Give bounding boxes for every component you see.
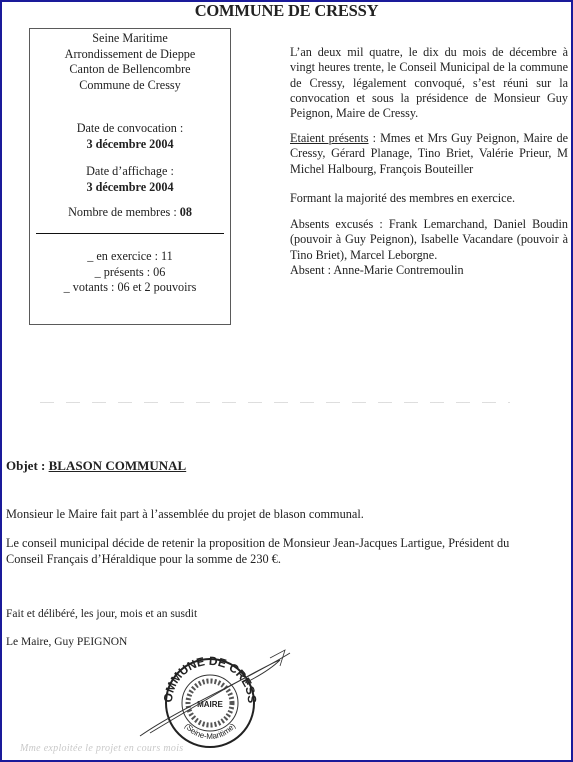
affichage-label: Date d’affichage : [30, 164, 230, 180]
info-line-commune: Commune de Cressy [30, 78, 230, 94]
administrative-lines: Seine Maritime Arrondissement de Dieppe … [30, 31, 230, 93]
body-paragraph-1: Monsieur le Maire fait part à l’assemblé… [6, 507, 364, 523]
mayor-signature-line: Le Maire, Guy PEIGNON [6, 635, 127, 651]
subject-value: BLASON COMMUNAL [49, 458, 187, 473]
membres-block: Nombre de membres : 08 [30, 205, 230, 221]
excused-members: Absents excusés : Frank Lemarchand, Dani… [290, 217, 568, 263]
body-paragraph-2-line-1: Le conseil municipal décide de retenir l… [6, 536, 509, 552]
commune-info-box: Seine Maritime Arrondissement de Dieppe … [29, 28, 231, 325]
vote-counts: _ en exercice : 11 _ présents : 06 _ vot… [30, 249, 230, 296]
en-exercice: _ en exercice : 11 [30, 249, 230, 265]
convocation-date: 3 décembre 2004 [30, 137, 230, 153]
membres-value: 08 [180, 205, 192, 219]
minutes-intro: L’an deux mil quatre, le dix du mois de … [290, 45, 568, 121]
info-line-arrondissement: Arrondissement de Dieppe [30, 47, 230, 63]
info-line-department: Seine Maritime [30, 31, 230, 47]
closing-line: Fait et délibéré, les jour, mois et an s… [6, 607, 197, 623]
scan-artifact-line [40, 402, 510, 403]
membres-label: Nombre de membres : [68, 205, 180, 219]
votants-count: _ votants : 06 et 2 pouvoirs [30, 280, 230, 296]
affichage-date: 3 décembre 2004 [30, 180, 230, 196]
present-label: Etaient présents [290, 131, 369, 145]
present-members: Etaient présents : Mmes et Mrs Guy Peign… [290, 131, 568, 177]
subject-line: Objet : BLASON COMMUNAL [6, 458, 186, 474]
affichage-block: Date d’affichage : 3 décembre 2004 [30, 164, 230, 195]
subject-label: Objet : [6, 458, 49, 473]
divider [36, 233, 224, 234]
absent-members: Absent : Anne-Marie Contremoulin [290, 263, 568, 278]
faint-footer-text: Mme exploitée le projet en cours mois [20, 743, 183, 754]
presents-count: _ présents : 06 [30, 265, 230, 281]
convocation-label: Date de convocation : [30, 121, 230, 137]
convocation-block: Date de convocation : 3 décembre 2004 [30, 121, 230, 152]
stamp-center-text: MAIRE [197, 700, 223, 709]
info-line-canton: Canton de Bellencombre [30, 62, 230, 78]
mayor-stamp: COMMUNE DE CRESSY MAIRE (Seine-Maritime) [120, 648, 305, 748]
page-title: COMMUNE DE CRESSY [0, 1, 573, 21]
majority-note: Formant la majorité des membres en exerc… [290, 191, 568, 206]
body-paragraph-2-line-2: Conseil Français d’Héraldique pour la so… [6, 552, 281, 568]
